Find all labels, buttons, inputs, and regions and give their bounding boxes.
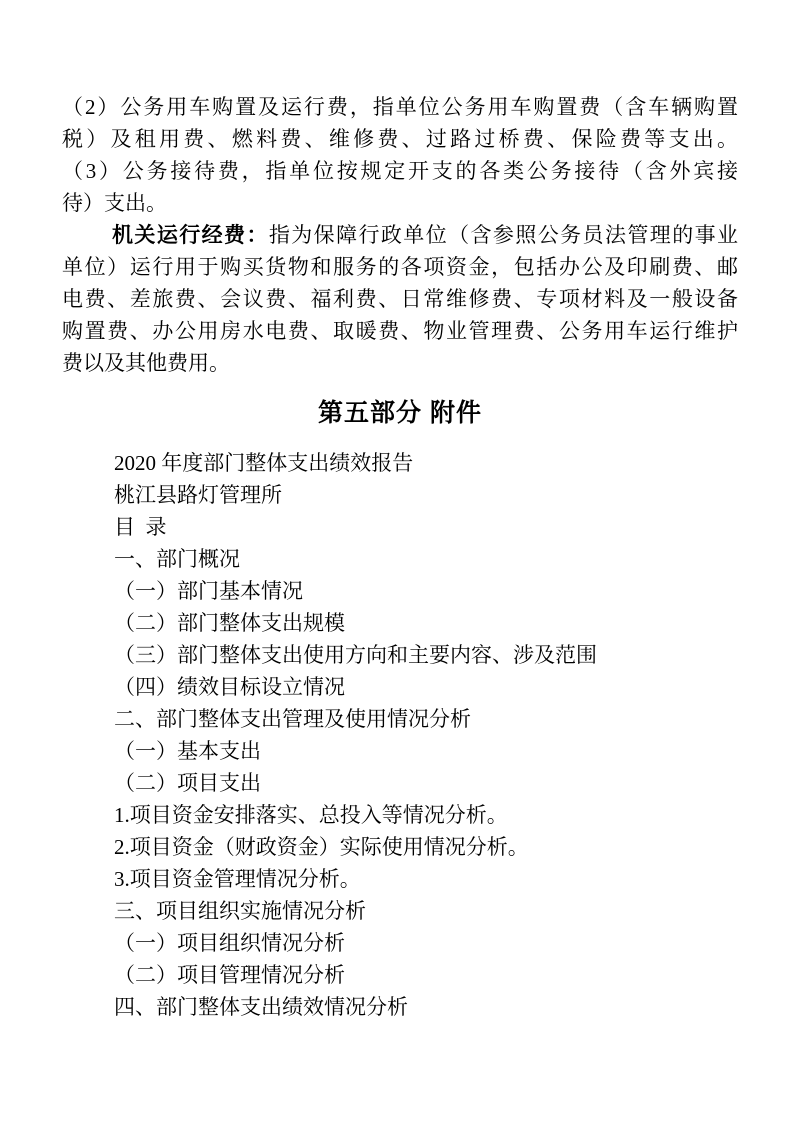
toc-item: 目 录 [62,511,738,543]
toc-item: （二）项目管理情况分析 [62,959,738,991]
section-heading: 第五部分 附件 [62,393,738,433]
toc-item: （一）基本支出 [62,735,738,767]
toc-item: 四、部门整体支出绩效情况分析 [62,991,738,1023]
toc-item: （一）项目组织情况分析 [62,927,738,959]
paragraph-lead-bold: 机关运行经费： [112,223,269,247]
document-page: （2）公务用车购置及运行费，指单位公务用车购置费（含车辆购置 税）及租用费、燃料… [0,0,793,1122]
toc-item: 2020 年度部门整体支出绩效报告 [62,447,738,479]
toc-item: （四）绩效目标设立情况 [62,671,738,703]
toc-item: （一）部门基本情况 [62,575,738,607]
toc-item: （三）部门整体支出使用方向和主要内容、涉及范围 [62,639,738,671]
toc-item: 3.项目资金管理情况分析。 [62,863,738,895]
body-line: 电费、差旅费、会议费、福利费、日常维修费、专项材料及一般设备 [62,283,738,315]
toc-item: 一、部门概况 [62,543,738,575]
body-line: （2）公务用车购置及运行费，指单位公务用车购置费（含车辆购置 [62,91,738,123]
body-line: 单位）运行用于购买货物和服务的各项资金，包括办公及印刷费、邮 [62,251,738,283]
body-line: （3）公务接待费，指单位按规定开支的各类公务接待（含外宾接 [62,155,738,187]
paragraph-text: 指为保障行政单位（含参照公务员法管理的事业 [269,223,738,247]
toc-item: （二）项目支出 [62,767,738,799]
toc-item: 桃江县路灯管理所 [62,479,738,511]
toc-list: 2020 年度部门整体支出绩效报告 桃江县路灯管理所 目 录 一、部门概况 （一… [62,447,738,1023]
body-line: 机关运行经费：指为保障行政单位（含参照公务员法管理的事业 [62,219,738,251]
body-line: 购置费、办公用房水电费、取暖费、物业管理费、公务用车运行维护 [62,315,738,347]
body-line: 费以及其他费用。 [62,347,738,379]
document-content: （2）公务用车购置及运行费，指单位公务用车购置费（含车辆购置 税）及租用费、燃料… [62,91,738,1023]
body-line: 税）及租用费、燃料费、维修费、过路过桥费、保险费等支出。 [62,123,738,155]
toc-item: （二）部门整体支出规模 [62,607,738,639]
toc-item: 2.项目资金（财政资金）实际使用情况分析。 [62,831,738,863]
toc-item: 三、项目组织实施情况分析 [62,895,738,927]
toc-item: 二、部门整体支出管理及使用情况分析 [62,703,738,735]
toc-item: 1.项目资金安排落实、总投入等情况分析。 [62,799,738,831]
body-line: 待）支出。 [62,187,738,219]
